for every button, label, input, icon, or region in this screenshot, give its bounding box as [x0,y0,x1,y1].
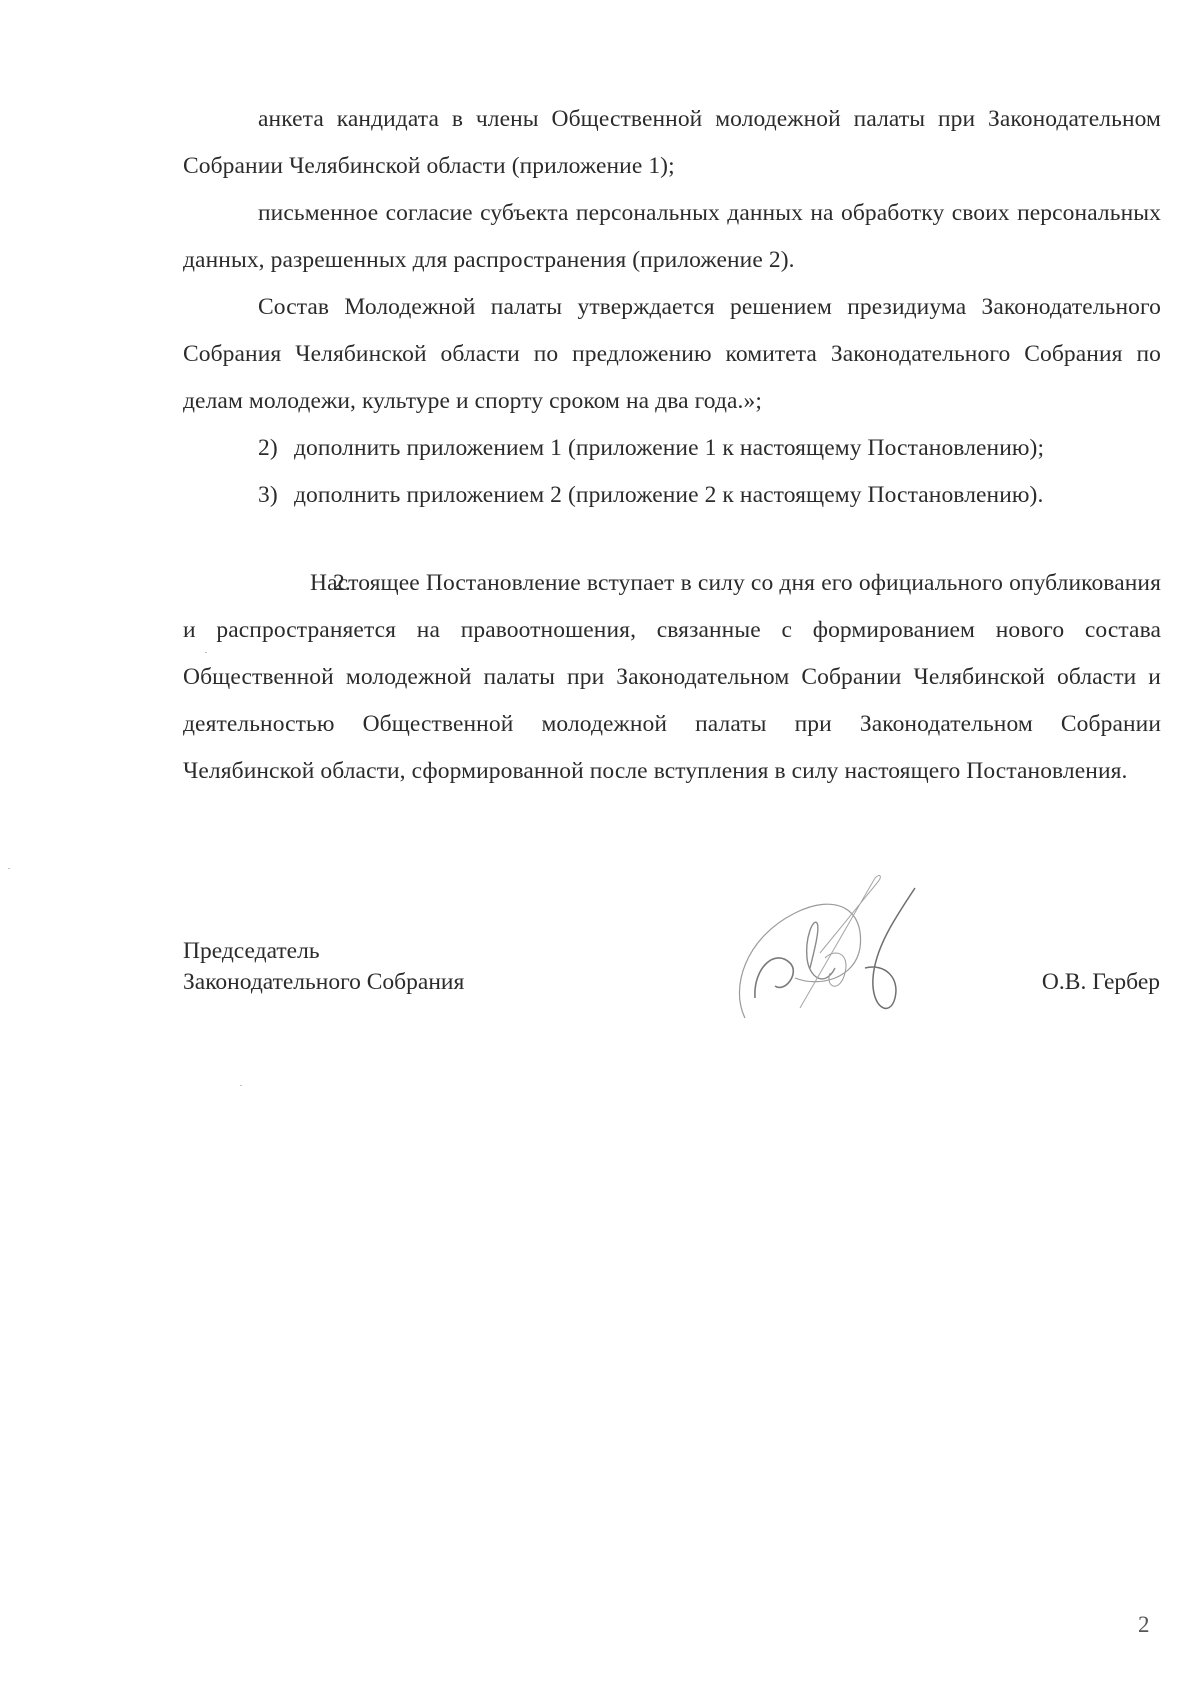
section-2-paragraph: 2.Настоящее Постановление вступает в сил… [183,560,1161,795]
list-item-text: дополнить приложением 2 (приложение 2 к … [294,482,1043,508]
scan-artifact [205,652,207,653]
signatory-name: О.В. Гербер [1042,967,1160,998]
list-item-number: 3) [258,472,294,519]
list-item-2: 2)дополнить приложением 1 (приложение 1 … [183,425,1161,472]
list-item-3: 3)дополнить приложением 2 (приложение 2 … [183,472,1161,519]
signatory-title: Председатель Законодательного Собрания [183,936,464,998]
paragraph-consent: письменное согласие субъекта персональны… [183,190,1161,284]
list-item-number: 2) [258,425,294,472]
handwritten-signature-icon [725,868,955,1028]
section-2-text: Настоящее Постановление вступает в силу … [183,570,1161,784]
signatory-title-line-2: Законодательного Собрания [183,967,464,998]
list-item-text: дополнить приложением 1 (приложение 1 к … [294,435,1044,461]
page-number: 2 [1138,1612,1150,1638]
signatory-title-line-1: Председатель [183,936,464,967]
top-text-block: анкета кандидата в члены Общественной мо… [183,96,1161,519]
paragraph-composition: Состав Молодежной палаты утверждается ре… [183,284,1161,425]
section-number: 2. [258,560,310,607]
scan-artifact [240,1085,242,1086]
section-2-block: 2.Настоящее Постановление вступает в сил… [183,560,1161,795]
paragraph-questionnaire: анкета кандидата в члены Общественной мо… [183,96,1161,190]
document-page: анкета кандидата в члены Общественной мо… [0,0,1200,1698]
scan-artifact [8,868,10,869]
